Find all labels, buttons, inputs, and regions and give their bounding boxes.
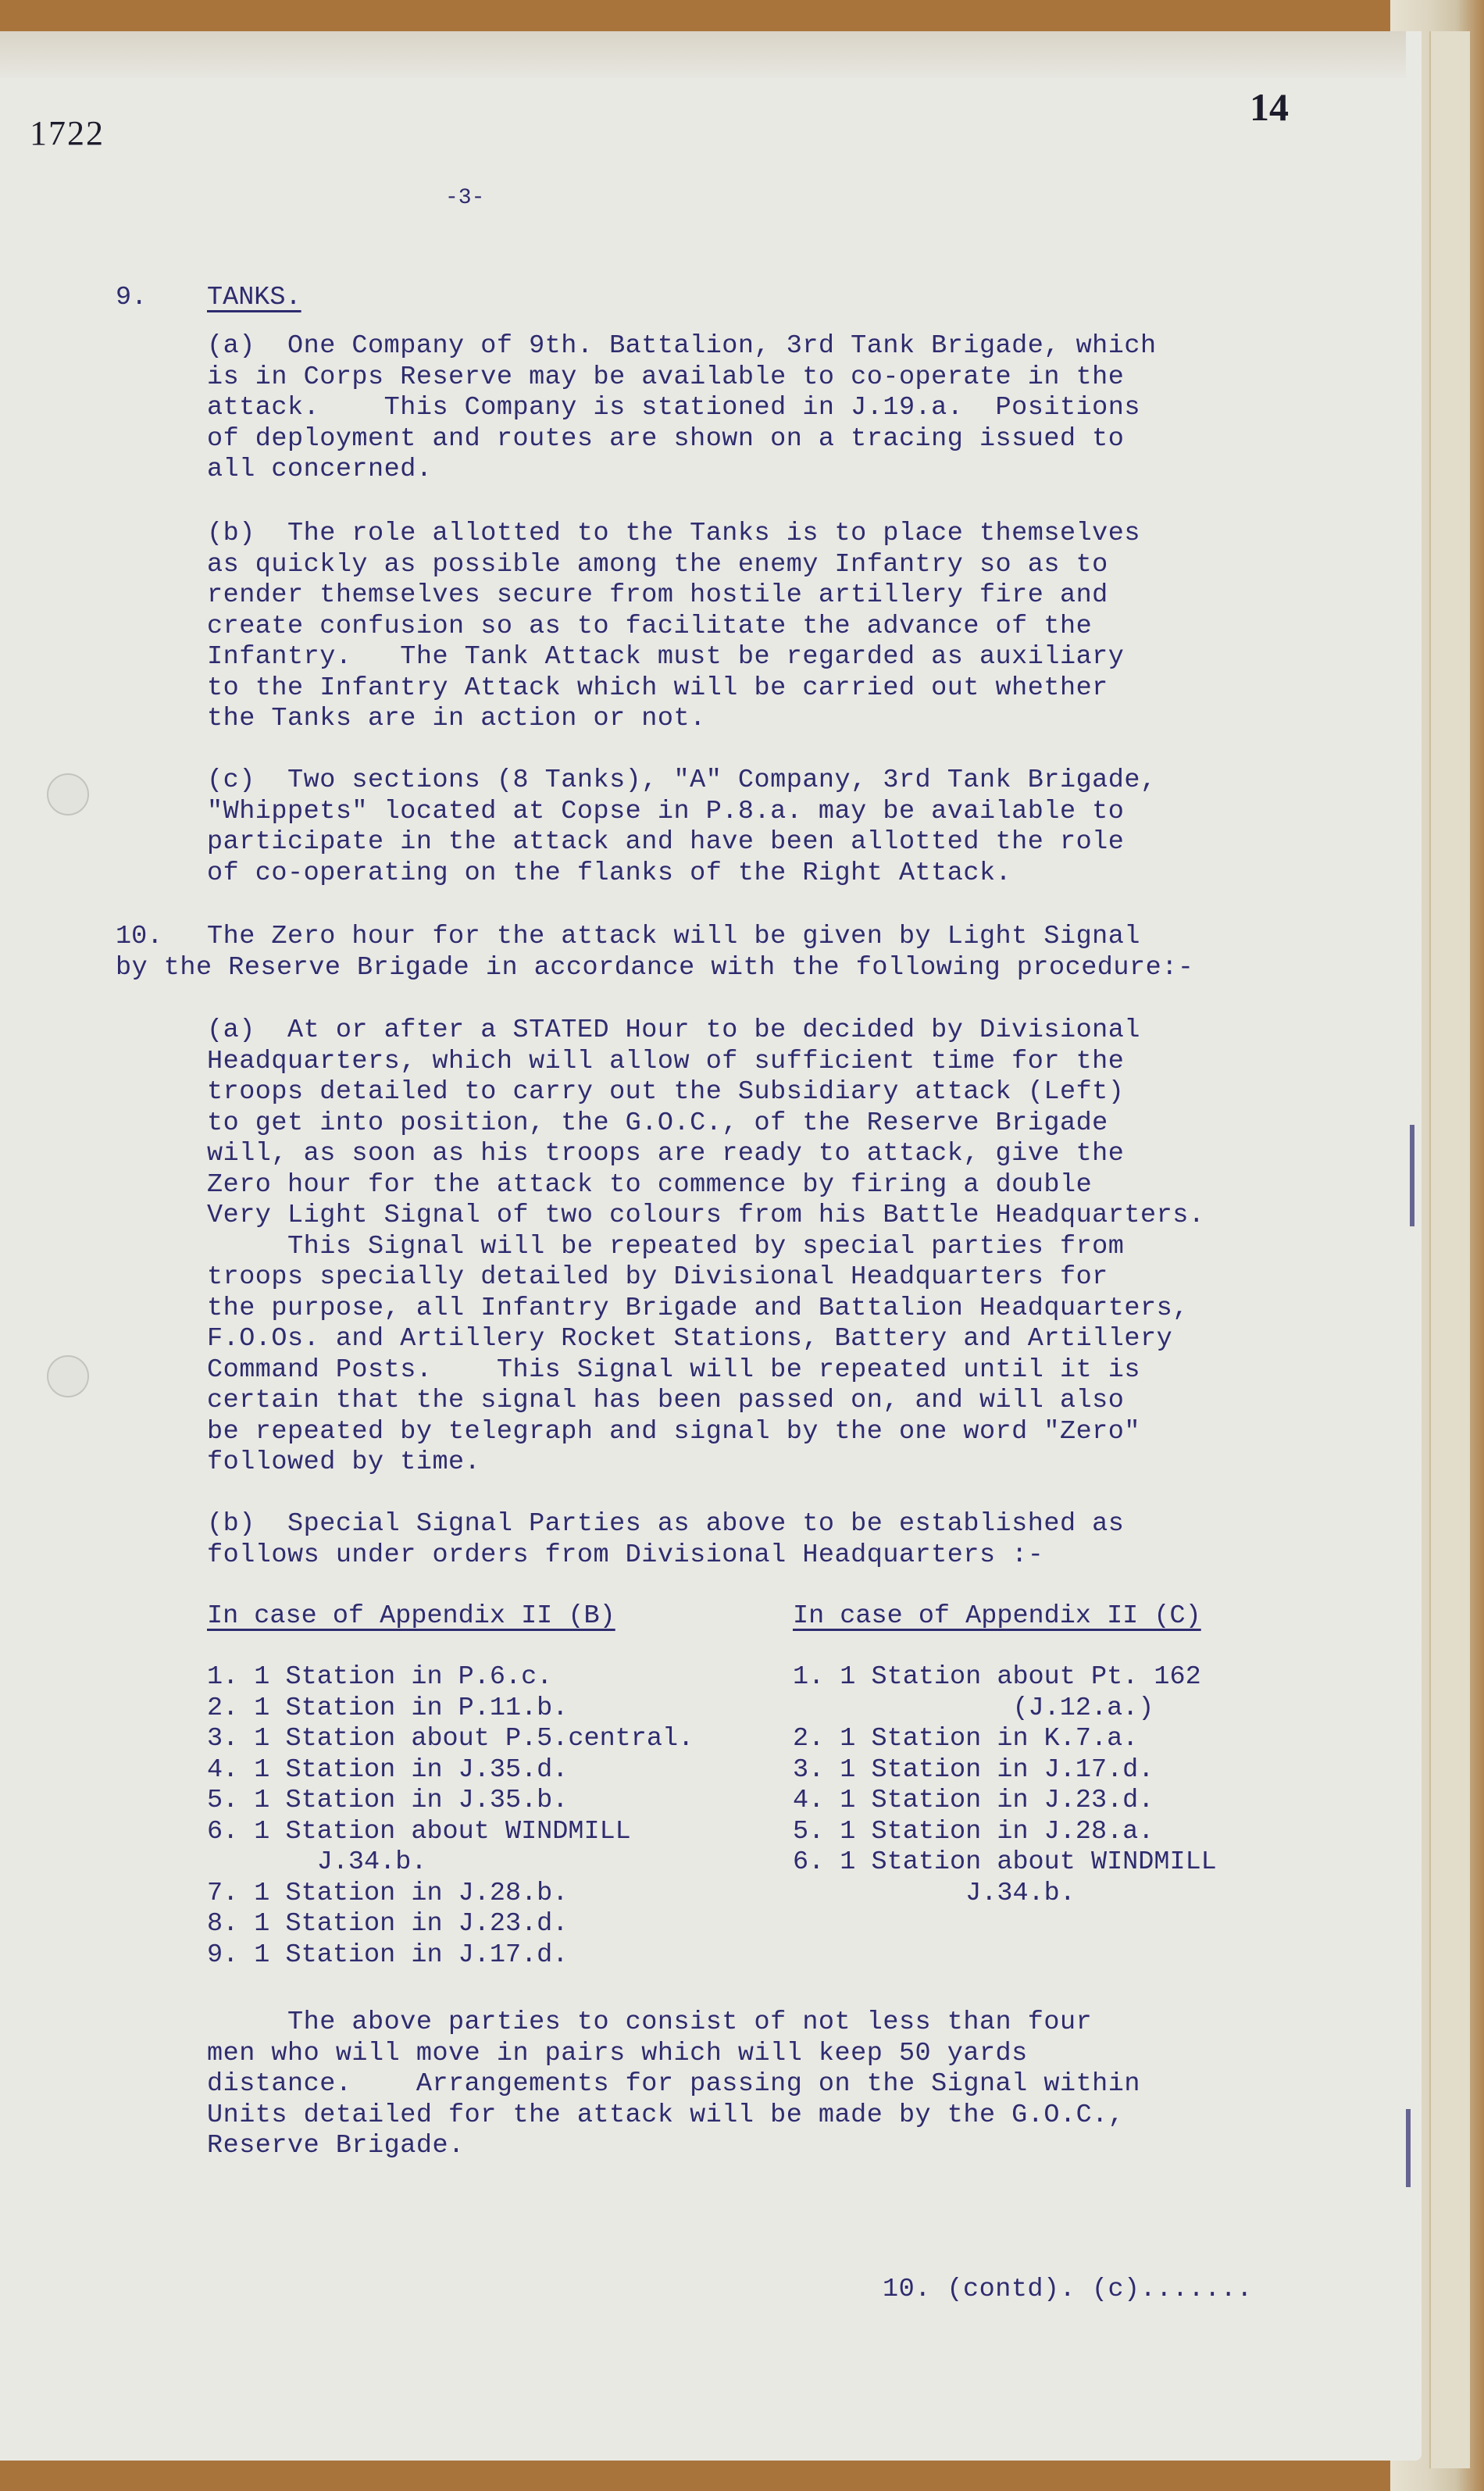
continuation-note: 10. (contd). (c)....... — [883, 2275, 1253, 2306]
punch-hole — [47, 773, 89, 815]
section-9-para-a: (a) One Company of 9th. Battalion, 3rd T… — [207, 331, 1157, 486]
section-10-number: 10. — [116, 922, 162, 951]
section-10-para-b: (b) Special Signal Parties as above to b… — [207, 1509, 1124, 1571]
page-number: -3- — [445, 186, 484, 210]
appendix-c-station-list: 1. 1 Station about Pt. 162 (J.12.a.) 2. … — [793, 1662, 1217, 1909]
section-9-para-c: (c) Two sections (8 Tanks), "A" Company,… — [207, 766, 1157, 889]
folio-number: 14 — [1250, 84, 1289, 130]
background-sheet-edge — [1429, 31, 1470, 2468]
section-9-heading: TANKS. — [207, 283, 301, 312]
closing-paragraph: The above parties to consist of not less… — [207, 2007, 1140, 2162]
appendix-c-heading: In case of Appendix II (C) — [793, 1601, 1201, 1631]
section-10-intro-line1: The Zero hour for the attack will be giv… — [207, 922, 1140, 953]
punch-hole — [47, 1355, 89, 1397]
section-9-para-b: (b) The role allotted to the Tanks is to… — [207, 519, 1140, 735]
section-10-intro-line2: by the Reserve Brigade in accordance wit… — [116, 953, 1193, 984]
page-top-fold — [0, 31, 1406, 78]
appendix-b-station-list: 1. 1 Station in P.6.c. 2. 1 Station in P… — [207, 1662, 694, 1971]
archive-number: 1722 — [30, 113, 105, 153]
appendix-b-heading: In case of Appendix II (B) — [207, 1601, 615, 1631]
section-9-number: 9. — [116, 283, 147, 312]
margin-ink-mark — [1406, 2109, 1411, 2187]
section-10-para-a: (a) At or after a STATED Hour to be deci… — [207, 1015, 1204, 1479]
margin-ink-mark — [1410, 1125, 1414, 1226]
